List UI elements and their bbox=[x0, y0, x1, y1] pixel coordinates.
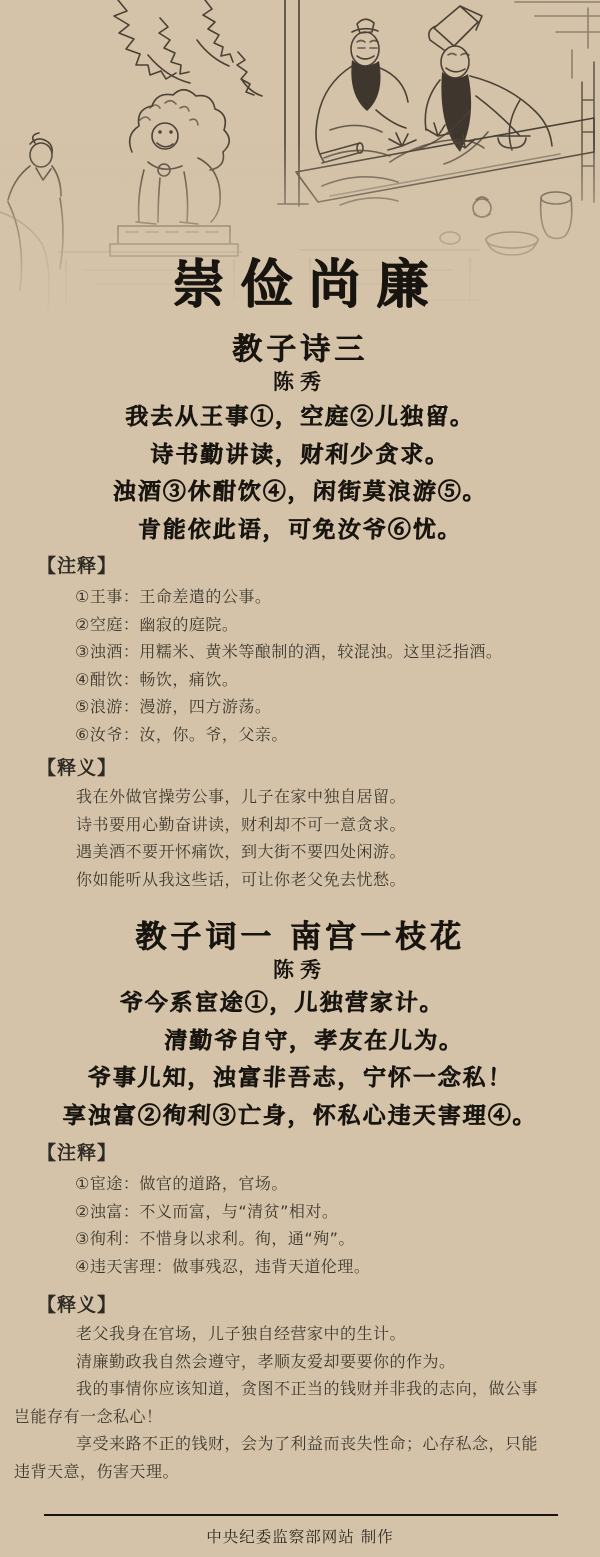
credit-line: 中央纪委监察部网站 制作 bbox=[0, 1525, 600, 1549]
poem1-meaning-header: 【释义】 bbox=[37, 753, 117, 780]
poem2-meaning: 老父我身在官场，儿子独自经营家中的生计。 清廉勤政我自然会遵守，孝顺友爱却要要你… bbox=[14, 1320, 558, 1485]
meaning-line: 我在外做官操劳公事，儿子在家中独自居留。 bbox=[14, 783, 572, 811]
page-title: 崇俭尚廉 bbox=[0, 248, 600, 322]
note-item: ⑥汝爷：汝，你。爷，父亲。 bbox=[75, 721, 575, 749]
note-item: ③浊酒：用糯米、黄米等酿制的酒，较混浊。这里泛指酒。 bbox=[75, 638, 575, 666]
meaning-line: 诗书要用心勤奋讲读，财利却不可一意贪求。 bbox=[14, 811, 572, 839]
poster: 崇俭尚廉 教子诗三 陈秀 我去从王事①，空庭②儿独留。 诗书勤讲读，财利少贪求。… bbox=[0, 0, 600, 1557]
note-item: ③徇利：不惜身以求利。徇，通“殉”。 bbox=[75, 1225, 575, 1253]
poem2-notes-header: 【注释】 bbox=[37, 1138, 117, 1165]
meaning-paragraph: 清廉勤政我自然会遵守，孝顺友爱却要要你的作为。 bbox=[14, 1348, 544, 1376]
poem2-title: 教子词一 南宫一枝花 bbox=[0, 917, 600, 957]
poem1-notes: ①王事：王命差遣的公事。 ②空庭：幽寂的庭院。 ③浊酒：用糯米、黄米等酿制的酒，… bbox=[75, 583, 575, 748]
poem1-author: 陈秀 bbox=[0, 368, 600, 396]
poem-line: 诗书勤讲读，财利少贪求。 bbox=[0, 436, 600, 474]
poem-line: 我去从王事①，空庭②儿独留。 bbox=[0, 398, 600, 436]
note-item: ①宦途：做官的道路，官场。 bbox=[75, 1170, 575, 1198]
meaning-line: 遇美酒不要开怀痛饮，到大街不要四处闲游。 bbox=[14, 838, 572, 866]
meaning-paragraph: 享受来路不正的钱财，会为了利益而丧失性命；心存私念，只能违背天意，伤害天理。 bbox=[14, 1430, 544, 1485]
poem-line: 享浊富②徇利③亡身，怀私心违天害理④。 bbox=[0, 1097, 600, 1135]
poem-line: 清勤爷自守，孝友在儿为。 bbox=[13, 1022, 600, 1060]
poem-line: 爷事儿知，浊富非吾志，宁怀一念私！ bbox=[0, 1059, 600, 1097]
poem1-meaning: 我在外做官操劳公事，儿子在家中独自居留。 诗书要用心勤奋讲读，财利却不可一意贪求… bbox=[14, 783, 572, 893]
footer-divider bbox=[44, 1514, 558, 1516]
note-item: ⑤浪游：漫游，四方游荡。 bbox=[75, 693, 575, 721]
poem1-title: 教子诗三 bbox=[0, 330, 600, 370]
poem1-lines: 我去从王事①，空庭②儿独留。 诗书勤讲读，财利少贪求。 浊酒③休酣饮④，闲街莫浪… bbox=[0, 398, 600, 548]
poem-line: 浊酒③休酣饮④，闲街莫浪游⑤。 bbox=[0, 473, 600, 511]
note-item: ②浊富：不义而富，与“清贫”相对。 bbox=[75, 1198, 575, 1226]
poem2-notes: ①宦途：做官的道路，官场。 ②浊富：不义而富，与“清贫”相对。 ③徇利：不惜身以… bbox=[75, 1170, 575, 1280]
note-item: ④酣饮：畅饮，痛饮。 bbox=[75, 666, 575, 694]
poem2-author: 陈秀 bbox=[0, 956, 600, 984]
poem-line: 肯能依此语，可免汝爷⑥忧。 bbox=[0, 511, 600, 549]
meaning-paragraph: 老父我身在官场，儿子独自经营家中的生计。 bbox=[14, 1320, 544, 1348]
note-item: ①王事：王命差遣的公事。 bbox=[75, 583, 575, 611]
note-item: ④违天害理：做事残忍，违背天道伦理。 bbox=[75, 1253, 575, 1281]
poem-line: 爷今系宦途①，儿独营家计。 bbox=[0, 984, 583, 1022]
poem1-notes-header: 【注释】 bbox=[37, 551, 117, 578]
meaning-line: 你如能听从我这些话，可让你老父免去忧愁。 bbox=[14, 866, 572, 894]
note-item: ②空庭：幽寂的庭院。 bbox=[75, 611, 575, 639]
meaning-paragraph: 我的事情你应该知道，贪图不正当的钱财并非我的志向，做公事岂能存有一念私心！ bbox=[14, 1375, 544, 1430]
poem2-lines: 爷今系宦途①，儿独营家计。 清勤爷自守，孝友在儿为。 爷事儿知，浊富非吾志，宁怀… bbox=[0, 984, 600, 1134]
poem2-meaning-header: 【释义】 bbox=[37, 1290, 117, 1317]
